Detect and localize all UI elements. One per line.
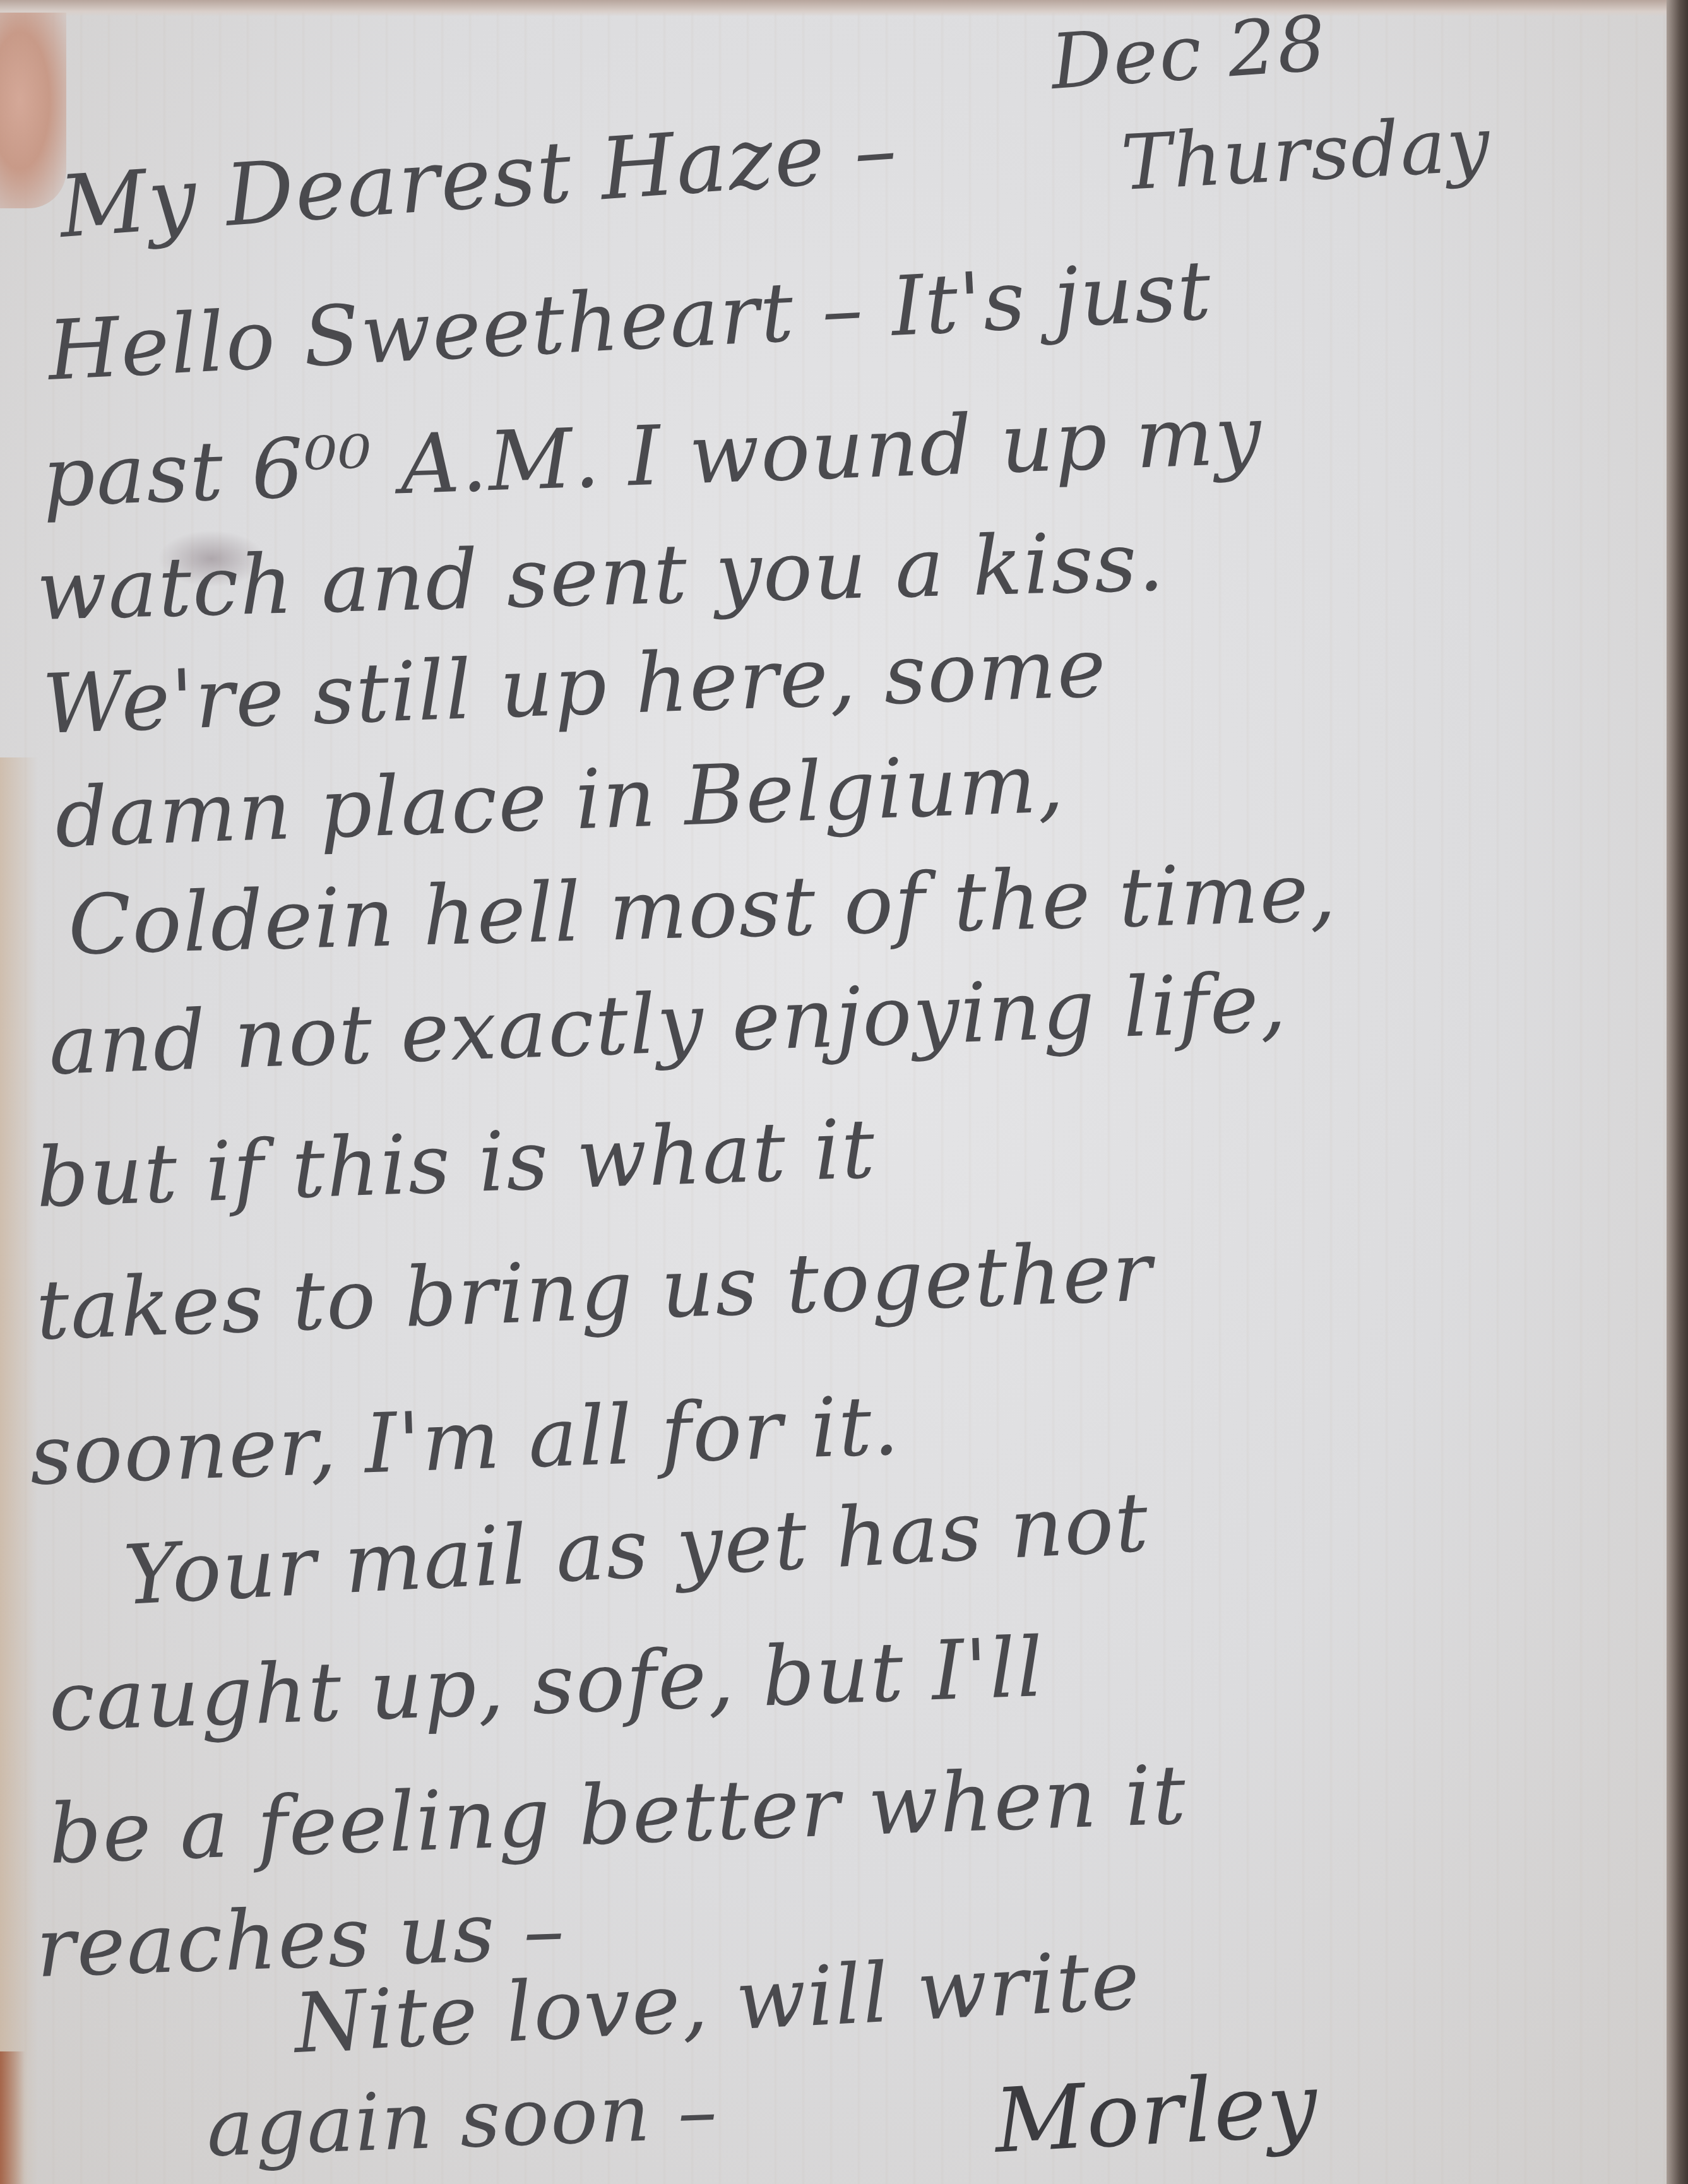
letter-date: Dec 28: [1048, 0, 1329, 107]
letter-line: past 6⁰⁰ A.M. I wound up my: [41, 387, 1264, 525]
paper-right-edge: [1667, 0, 1688, 2184]
letter-line: sooner, I'm all for it.: [28, 1377, 902, 1504]
letter-line: be a feeling better when it: [47, 1747, 1189, 1882]
letter-line: We're still up here, some: [41, 619, 1108, 752]
letter-line: damn place in Belgium,: [54, 735, 1067, 866]
paper-top-edge: [0, 0, 1688, 16]
letter-weekday: Thursday: [1119, 101, 1493, 208]
corner-stain: [0, 13, 66, 208]
letter-line: Your mail as yet has not: [121, 1474, 1151, 1623]
letter-paper: Dec 28 Thursday My Dearest Haze – Hello …: [0, 0, 1688, 2184]
letter-signature: Morley: [992, 2053, 1321, 2173]
letter-line: takes to bring us together: [35, 1223, 1155, 1358]
bottom-left-stain: [0, 2051, 25, 2184]
letter-line: caught up, sofe, but I'll: [47, 1619, 1046, 1750]
letter-line: Hello Sweetheart – It's just: [45, 242, 1214, 399]
letter-line: and not exactly enjoying life,: [47, 954, 1289, 1093]
letter-line: Coldein hell most of the time,: [67, 844, 1338, 973]
letter-salutation: My Dearest Haze –: [56, 100, 901, 257]
letter-line: again soon –: [205, 2065, 720, 2175]
letter-line: but if this is what it: [35, 1101, 877, 1226]
